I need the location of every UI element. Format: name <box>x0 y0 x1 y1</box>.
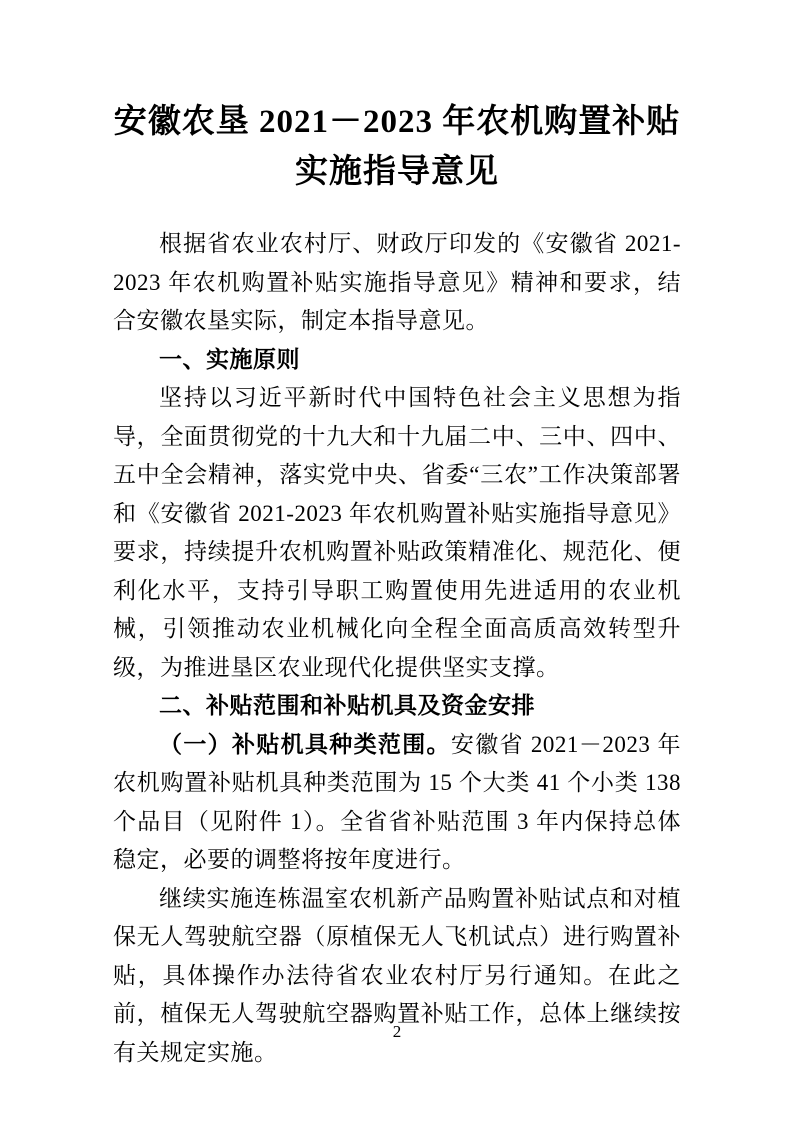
page-number: 2 <box>0 1022 794 1042</box>
section-heading-1: 一、实施原则 <box>113 341 681 380</box>
document-content: 安徽农垦 2021－2023 年农机购置补贴 实施指导意见 根据省农业农村厅、财… <box>113 97 681 1072</box>
paragraph-machine-scope-lead: （一）补贴机具种类范围。 <box>159 732 451 757</box>
paragraph-principles: 坚持以习近平新时代中国特色社会主义思想为指导，全面贯彻党的十九大和十九届二中、三… <box>113 379 681 687</box>
document-page: 安徽农垦 2021－2023 年农机购置补贴 实施指导意见 根据省农业农村厅、财… <box>0 0 794 1122</box>
document-title: 安徽农垦 2021－2023 年农机购置补贴 实施指导意见 <box>113 97 681 197</box>
document-title-line-1: 安徽农垦 2021－2023 年农机购置补贴 <box>113 97 681 147</box>
paragraph-machine-scope: （一）补贴机具种类范围。安徽省 2021－2023 年农机购置补贴机具种类范围为… <box>113 726 681 880</box>
paragraph-pilot-program: 继续实施连栋温室农机新产品购置补贴试点和对植保无人驾驶航空器（原植保无人飞机试点… <box>113 880 681 1073</box>
paragraph-intro: 根据省农业农村厅、财政厅印发的《安徽省 2021-2023 年农机购置补贴实施指… <box>113 225 681 341</box>
section-heading-2: 二、补贴范围和补贴机具及资金安排 <box>113 687 681 726</box>
document-title-line-2: 实施指导意见 <box>113 147 681 197</box>
